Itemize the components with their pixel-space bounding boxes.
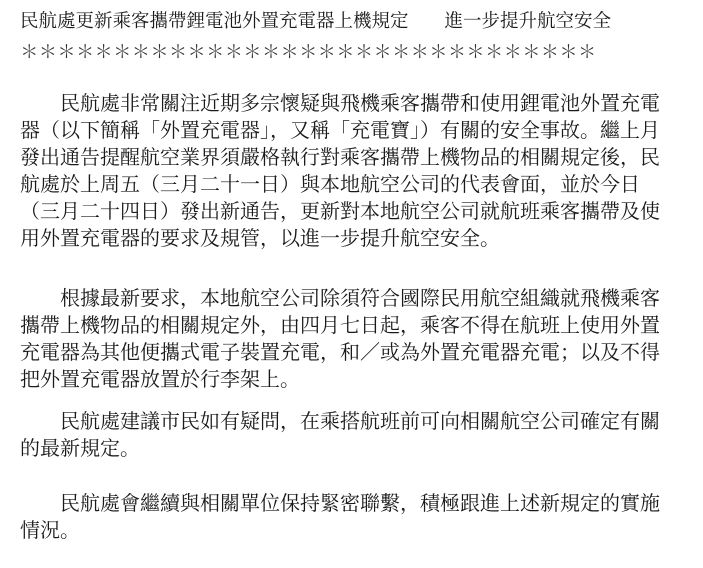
asterisk-glyph: ＊	[39, 40, 58, 66]
paragraph-1: 民航處非常關注近期多宗懷疑與飛機乘客攜帶和使用鋰電池外置充電器（以下簡稱「外置充…	[20, 90, 660, 252]
asterisk-glyph: ＊	[318, 40, 337, 66]
asterisk-glyph: ＊	[559, 40, 578, 66]
asterisk-glyph: ＊	[503, 40, 522, 66]
paragraph-2: 根據最新要求，本地航空公司除須符合國際民用航空組織就飛機乘客攜帶上機物品的相關規…	[20, 285, 660, 393]
asterisk-glyph: ＊	[150, 40, 169, 66]
asterisk-glyph: ＊	[113, 40, 132, 66]
asterisk-glyph: ＊	[336, 40, 355, 66]
asterisk-glyph: ＊	[392, 40, 411, 66]
title-sub: 進一步提升航空安全	[445, 11, 612, 32]
asterisk-glyph: ＊	[76, 40, 95, 66]
asterisk-glyph: ＊	[280, 40, 299, 66]
asterisk-glyph: ＊	[541, 40, 560, 66]
asterisk-glyph: ＊	[466, 40, 485, 66]
paragraph-3: 民航處建議市民如有疑問，在乘搭航班前可向相關航空公司確定有關的最新規定。	[20, 408, 660, 462]
asterisk-glyph: ＊	[429, 40, 448, 66]
asterisk-glyph: ＊	[187, 40, 206, 66]
asterisk-glyph: ＊	[355, 40, 374, 66]
asterisk-glyph: ＊	[94, 40, 113, 66]
asterisk-glyph: ＊	[169, 40, 188, 66]
asterisk-glyph: ＊	[448, 40, 467, 66]
asterisk-glyph: ＊	[578, 40, 597, 66]
page-title: 民航處更新乘客攜帶鋰電池外置充電器上機規定進一步提升航空安全	[20, 10, 611, 34]
asterisk-separator: ＊＊＊＊＊＊＊＊＊＊＊＊＊＊＊＊＊＊＊＊＊＊＊＊＊＊＊＊＊＊＊	[20, 40, 596, 66]
asterisk-glyph: ＊	[243, 40, 262, 66]
title-main: 民航處更新乘客攜帶鋰電池外置充電器上機規定	[20, 11, 409, 32]
asterisk-glyph: ＊	[373, 40, 392, 66]
asterisk-glyph: ＊	[262, 40, 281, 66]
asterisk-glyph: ＊	[57, 40, 76, 66]
paragraph-4: 民航處會繼續與相關單位保持緊密聯繫，積極跟進上述新規定的實施情況。	[20, 490, 660, 544]
asterisk-glyph: ＊	[485, 40, 504, 66]
asterisk-glyph: ＊	[299, 40, 318, 66]
asterisk-glyph: ＊	[410, 40, 429, 66]
asterisk-glyph: ＊	[522, 40, 541, 66]
asterisk-glyph: ＊	[132, 40, 151, 66]
asterisk-glyph: ＊	[206, 40, 225, 66]
asterisk-glyph: ＊	[20, 40, 39, 66]
asterisk-glyph: ＊	[225, 40, 244, 66]
